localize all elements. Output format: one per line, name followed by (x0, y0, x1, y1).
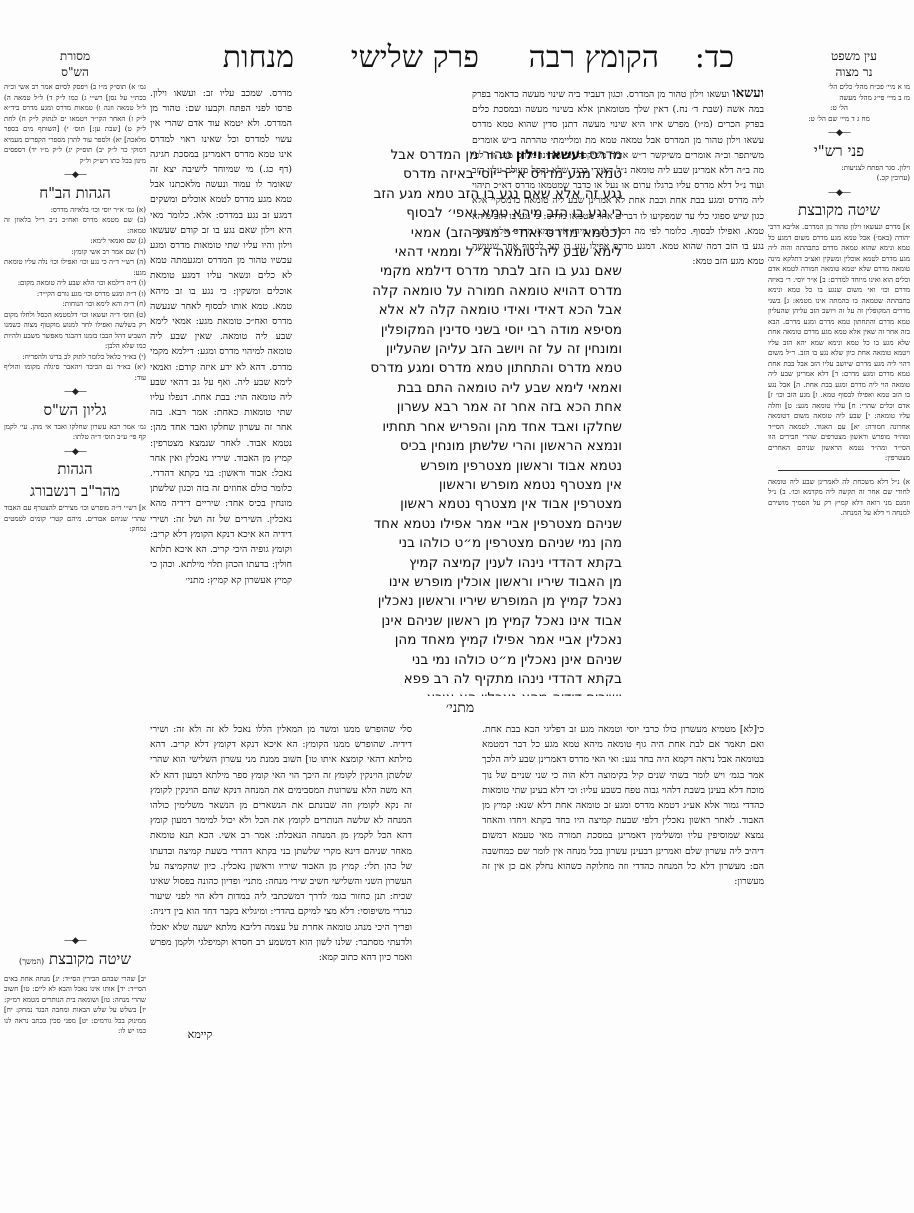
shita-mekubetzet-cont-heading: שיטה מקובצת (המשך) (4, 949, 146, 972)
gemara-line: מדרס ועשאו וילון טהור מן המדרס אבל (292, 146, 622, 165)
mesoret-heading: מסורת הש"ס (40, 48, 110, 80)
shita-mekubetzet-title: שיטה מקובצת (768, 200, 910, 220)
lower-commentary-right: כי[לא] מטמיא מעשרון כולו כרבי יוסי וטמאה… (482, 722, 764, 1022)
rashi-opening-word: ועשאו (732, 86, 764, 101)
hagahot-maharav-block: הגהות מהר"ב רנשבורג א] רש״י ד״ה מופרש וכ… (4, 459, 146, 535)
gemara-line: שניהם מצטרפין אביי אמר אפילו נטמא אחד (292, 515, 622, 534)
shita-mekubetzet-continued: —◆— שיטה מקובצת (המשך) יב] שהרי שבהם הבי… (4, 932, 146, 1042)
gemara-line: נגע זה אלא שאם נגע בו הזב טמא מגע הזב (292, 185, 622, 204)
ein-mishpat-line: מז ב מיי׳ פי״ג מהל׳ מעשה (768, 93, 910, 104)
gemara-line: נטמא אבוד וראשון מצטרפין מופרש (292, 457, 622, 476)
gemara-line: ואמאי לימא שבע ליה טומאה התם בבת (292, 379, 622, 398)
hagahot-maharav-title: הגהות (4, 459, 146, 479)
hagahot-maharav-text: א] רש״י ד״ה מופרש וכו׳ מצירים להצטרף עם … (4, 503, 146, 535)
gemara-line: בקתא דהדדי נינהו מתקיף לה רב פפא (292, 670, 622, 689)
hagahot-habach-block: הגהות הב"ח (א) גמ׳ א״ר יוסי וכו׳ בלאיזה … (4, 183, 146, 384)
hagahot-item: (ח) ד״ה והא לימא וכו׳ הנוחות: (4, 299, 146, 310)
gemara-line: אחת הכא בזה אחר זה אמר רבא עשרון (292, 398, 622, 417)
chapter-name: הקומץ רבה (529, 40, 659, 75)
gemara-line: כי נגע בו הזב מיהא טמא ואפי׳ לבסוף (292, 204, 622, 223)
gemara-line: ומונחין זה על זה ויושב הזב עליהן שהעליון (292, 340, 622, 359)
ein-mishpat-line: הל׳ ט: (768, 103, 910, 114)
gemara-line: מצטרפין אבוד אין מצטרף נטמא ראשון (292, 495, 622, 514)
gemara-segment: מדרס (585, 147, 622, 163)
gemara-line: שאם נגע בו הזב לבתר מדרס דילמא מקמי (292, 262, 622, 281)
ornament-divider-icon: —◆— (768, 188, 910, 199)
lower-commentary-right-text: כי[לא] מטמיא מעשרון כולו כרבי יוסי וטמאה… (482, 722, 764, 889)
daf-number: כד: (695, 40, 734, 75)
mesoret-hashas-block: גמ׳ א) תוס״ק מ״ו ב) ויפסק לסיום אמר רב א… (4, 82, 146, 166)
gemara-segment: לענין קמיצה קמיץ (409, 555, 513, 571)
gemara-line: אבוד אינו נאכל קמיץ מן ראשון שניהם אינן (292, 612, 622, 631)
hagahot-item: (ו) ד״ה דילמא וכו׳ הלא שבע ליה טומאה מקו… (4, 278, 146, 289)
gemara-line: טמא מגע מדרס א״ר יוסי באיזה מדרס (292, 165, 622, 184)
gemara-segment: אמר רבא עשרון (397, 399, 489, 415)
hagahot-habach-title: הגהות הב"ח (4, 183, 146, 203)
lower-commentary-left: סלי שהופרש ממנו ומשד מן המאלין הללו נאכל… (150, 722, 412, 1022)
tractate-title: מנחות (223, 40, 294, 75)
gilyon-hashas-title: גליון הש"ס (4, 400, 146, 420)
hagahot-item: (יא) בא״ד גם הכיבד ויהאבר סיגלה מקומו וה… (4, 362, 146, 383)
gemara-segment: באיזה מדרס (403, 166, 478, 182)
gemara-line: נאכלין אביי אמר אפילו קמיץ מאחד מהן (292, 631, 622, 650)
gemara-line: אבל הכא דאידי ואידי טומאה קלה לא אלא (292, 301, 622, 320)
hagahot-item: (ה) רש״י ד״ה כי נגע וכו׳ ואפילו וכו׳ נלה… (4, 257, 146, 278)
pnei-rashi-line: וילון. סגר הפתח לצניעות: (768, 163, 910, 174)
gemara-line: (כטמא מדרס ואח״כ מגע הזב) אמאי (292, 224, 622, 243)
right-margin-column: מו א מיי׳ פכ״ח מהל׳ כלים הל׳ מז ב מיי׳ פ… (768, 82, 910, 1082)
mesoret-hashas-text: גמ׳ א) תוס״ק מ״ו ב) ויפסק לסיום אמר רב א… (4, 82, 146, 166)
pnei-rashi-block: פני רש"י וילון. סגר הפתח לצניעות: (ערוכי… (768, 141, 910, 184)
mesoret-title: מסורת (40, 48, 110, 64)
gemara-line: מן האבוד שיריו וראשון אוכלין מופרש אינו (292, 573, 622, 592)
shita-mekubetzet-cont-text: יב] שהרי שבהם הבירין הסי״ד: יג] מנחה אחת… (4, 974, 146, 1037)
gemara-line: ושירים דידיה מהא נאכלין הא איכא (292, 689, 622, 696)
ornament-divider-icon: —◆— (768, 128, 910, 139)
ner-mitzvah-title: נר מצוה (804, 64, 904, 80)
tosafot-body: מדרס. שמכב עליו זב: ועשאו וילון. פרסו לפ… (150, 86, 292, 588)
hashas-title: הש"ס (40, 64, 110, 80)
ein-mishpat-line: מו א מיי׳ פכ״ח מהל׳ כלים הל׳ (768, 82, 910, 93)
gemara-segment: אחת הכא בזה אחר זה (489, 399, 622, 415)
shita-mekubetzet-cont-title: שיטה מקובצת (49, 950, 131, 968)
footnote-divider (778, 470, 900, 471)
gemara-line: ונמצא הראשון והרי שלשתן מונחין בכיס (292, 437, 622, 456)
gemara-line: מהן נמי שניהם מצטרפין מ״ט כולהו בני (292, 534, 622, 553)
hagahot-item: (ב) שם מטמא מדרס ואח״כ נ״ב ר״ל בלאוזן זה… (4, 215, 146, 236)
continued-label: (המשך) (19, 957, 44, 966)
perek-title: פרק שלישי (351, 40, 479, 75)
gemara-line: מדרס דהויא טומאה חמורה על טומאה קלה (292, 282, 622, 301)
ornament-divider-icon: —◆— (4, 387, 146, 398)
gemara-segment: טהור מן המדרס אבל (391, 147, 516, 163)
lower-commentary-text: סלי שהופרש ממנו ומשד מן המאלין הללו נאכל… (150, 722, 412, 965)
gemara-line: מסיפא מודה רבי יוסי בשני סדינין המקופלין (292, 321, 622, 340)
gilyon-hashas-text: גמ׳ אמר רבא עשרון שחלקו ואבד אי מהן. עי׳… (4, 422, 146, 443)
gemara-line: בקתא דהדדי נינהו לענין קמיצה קמיץ (292, 554, 622, 573)
ein-mishpat-line: מח ג ד מיי׳ שם הל׳ ט: (768, 114, 910, 125)
shita-mekubetzet-footnotes: א) נ״ל דלא משכחת לה לאמרינן שבע ליה טומא… (768, 477, 910, 519)
mishna-marker: מתני׳ (420, 700, 500, 717)
gemara-segment: בקתא דהדדי נינהו (514, 555, 622, 571)
gemara-line: שניהם אינן נאכלין מ״ט כולהו נמי בני (292, 651, 622, 670)
shita-mekubetzet-text: א] מדרם ונעשאו וילון טהור מן המדרם. אליב… (768, 222, 910, 464)
ein-mishpat-heading: עין משפט נר מצוה (804, 48, 904, 80)
gemara-line: נאכל קמיץ מן המופרש שיריו וראשון נאכלין (292, 592, 622, 611)
ornament-divider-icon: —◆— (4, 447, 146, 458)
gemara-line: טמא מדרס והתחתון טמא מדרס ומגע מדרס (292, 359, 622, 378)
gemara-line: אין מצטרף נטמא מופרש וראשון (292, 476, 622, 495)
hagahot-item: (ז) ד״ה ומגע מדרס וכו׳ מגע גורם הקי״ד: (4, 289, 146, 300)
hagahot-maharav-subtitle: מהר"ב רנשבורג (4, 481, 146, 501)
gemara-segment: א״ר יוסי (478, 166, 526, 182)
gemara-segment: ועשאו וילון (516, 147, 585, 163)
ornament-divider-icon: —◆— (4, 936, 146, 947)
gemara-line: שחלקו ואבד אחד מהן והפריש אחר תחתיו (292, 418, 622, 437)
ein-mishpat-title: עין משפט (804, 48, 904, 64)
hagahot-item: (י) בא״ד כלאל כלומר לתוק לב בדינו ולהפרי… (4, 352, 146, 363)
gemara-line: לימא שבע ליה טומאה א״ל וממאי דהאי (292, 243, 622, 262)
gemara-main-text: מדרס ועשאו וילון טהור מן המדרס אבל טמא מ… (292, 146, 622, 696)
tosafot-commentary: מדרס. שמכב עליו זב: ועשאו וילון. פרסו לפ… (150, 86, 292, 726)
hagahot-item: (ג) שם ואמאי לימא: (4, 236, 146, 247)
pnei-rashi-title: פני רש"י (768, 141, 910, 161)
ein-mishpat-block: מו א מיי׳ פכ״ח מהל׳ כלים הל׳ מז ב מיי׳ פ… (768, 82, 910, 124)
hagahot-item: (ט) תוס׳ ד״ה ועשאו וכו׳ דלמטמא הכסל ולחל… (4, 310, 146, 352)
closing-word: קיימא (160, 1028, 240, 1041)
pnei-rashi-line: (ערוכין קכ.) (768, 173, 910, 184)
gilyon-hashas-block: גליון הש"ס גמ׳ אמר רבא עשרון שחלקו ואבד … (4, 400, 146, 443)
hagahot-item: (ד) שם אמר רב אשי קומץ: (4, 247, 146, 258)
hagahot-item: (א) גמ׳ א״ר יוסי וכו׳ בלאיזה מדרס: (4, 205, 146, 216)
gemara-segment: טמא מגע מדרס (526, 166, 622, 182)
ornament-divider-icon: —◆— (4, 170, 146, 181)
shita-mekubetzet-block: שיטה מקובצת א] מדרם ונעשאו וילון טהור מן… (768, 200, 910, 519)
